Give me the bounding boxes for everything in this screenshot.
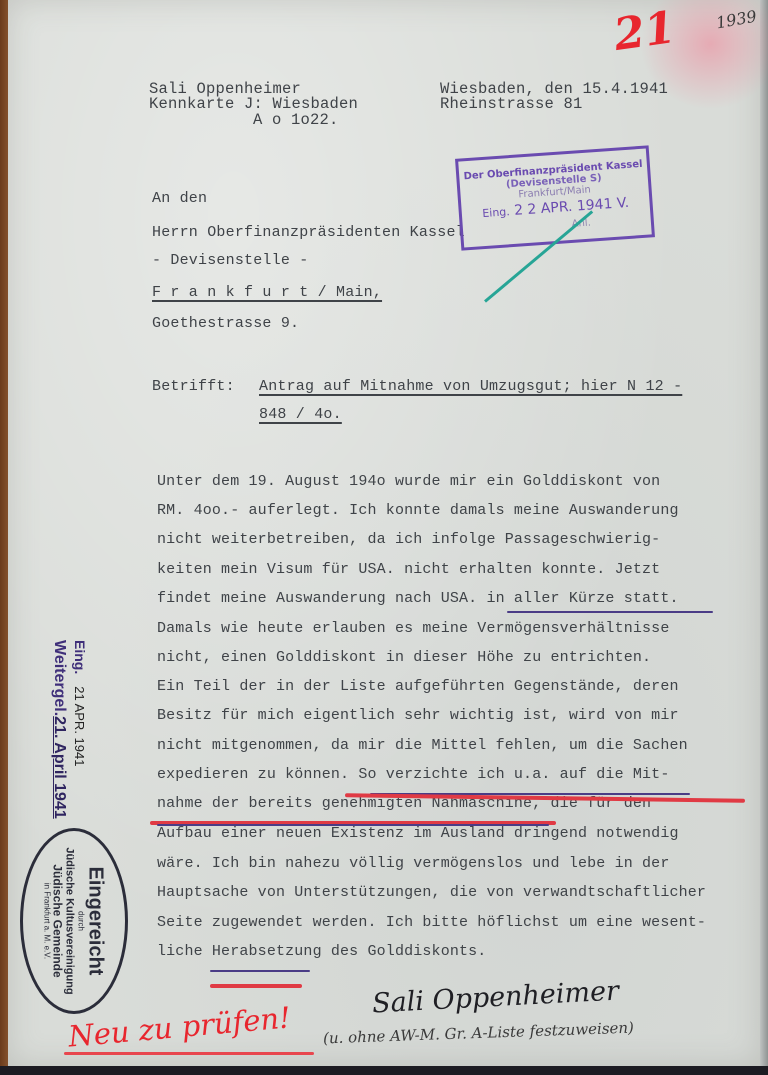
- violet-underline-naehmaschine: [157, 824, 549, 826]
- body-line: nicht mitgenommen, da mir die Mittel feh…: [157, 737, 688, 754]
- red-note-underline: [64, 1052, 314, 1055]
- paper-edge-right: [760, 0, 768, 1075]
- subject-line-1: Antrag auf Mitnahme von Umzugsgut; hier …: [259, 379, 682, 394]
- side-stamp-eing-label: Eing.: [72, 640, 88, 674]
- recipient-street: Goethestrasse 9.: [152, 316, 299, 331]
- oval-stamp-durch: durch: [76, 836, 85, 1006]
- background-bottom: [0, 1066, 768, 1075]
- body-line: Seite zugewendet werden. Ich bitte höfli…: [157, 914, 706, 931]
- oval-stamp-title: Eingereicht: [84, 836, 106, 1006]
- recipient-name: Herrn Oberfinanzpräsidenten Kassel: [152, 225, 465, 240]
- recipient-department: - Devisenstelle -: [152, 253, 308, 268]
- sender-id-number: A o 1o22.: [253, 113, 339, 129]
- recipient-city: F r a n k f u r t / Main,: [152, 285, 382, 300]
- community-oval-stamp: Eingereicht durch Jüdische Kultusvereini…: [20, 828, 128, 1014]
- body-line: expedieren zu können. So verzichte ich u…: [157, 766, 669, 783]
- violet-underline-herabsetzung: [210, 970, 310, 972]
- body-line: Ein Teil der in der Liste aufgeführten G…: [157, 678, 679, 695]
- body-line: keiten mein Visum für USA. nicht erhalte…: [157, 561, 660, 578]
- body-line: Hauptsache von Unterstützungen, die von …: [157, 884, 706, 901]
- side-stamp-weiterg-label: Weitergel.: [51, 640, 68, 716]
- receipt-stamp-eing: Eing.: [482, 205, 510, 220]
- recipient-salutation: An den: [152, 191, 207, 206]
- sender-address: Rheinstrasse 81: [440, 97, 583, 113]
- body-line: nicht weiterbetreiben, da ich infolge Pa…: [157, 531, 660, 548]
- body-line: nicht, einen Golddiskont in dieser Höhe …: [157, 649, 651, 666]
- receipt-stamp: Der Oberfinanzpräsident Kassel (Devisens…: [455, 145, 655, 250]
- body-line: Besitz für mich eigentlich sehr wichtig …: [157, 707, 679, 724]
- incoming-forwarded-stamp: Eing.21 APR. 1941 Weitergel.21. April 19…: [50, 640, 88, 819]
- subject-label: Betrifft:: [152, 379, 235, 394]
- side-stamp-eing-date: 21 APR. 1941: [72, 686, 87, 766]
- body-line: Aufbau einer neuen Existenz im Ausland d…: [157, 825, 679, 842]
- red-mark-herabsetzung: [210, 984, 302, 988]
- oval-stamp-org2: Jüdische Gemeinde: [50, 836, 63, 1006]
- body-line: RM. 4oo.- auferlegt. Ich konnte damals m…: [157, 502, 679, 519]
- body-line: wäre. Ich bin nahezu völlig vermögenslos…: [157, 855, 669, 872]
- folio-number-red: 21: [611, 2, 679, 61]
- oval-stamp-org1: Jüdische Kultusvereinigung: [64, 836, 76, 1006]
- body-line: Damals wie heute erlauben es meine Vermö…: [157, 620, 669, 637]
- body-line: liche Herabsetzung des Golddiskonts.: [157, 943, 486, 960]
- body-line: findet meine Auswanderung nach USA. in a…: [157, 590, 679, 607]
- oval-stamp-city: in Frankfurt a. M. e.V.: [42, 836, 51, 1006]
- violet-underline-kuerze: [507, 611, 713, 613]
- subject-line-2: 848 / 4o.: [259, 407, 342, 422]
- body-line: Unter dem 19. August 194o wurde mir ein …: [157, 473, 660, 490]
- side-stamp-weiterg-date: 21. April 1941: [51, 716, 68, 819]
